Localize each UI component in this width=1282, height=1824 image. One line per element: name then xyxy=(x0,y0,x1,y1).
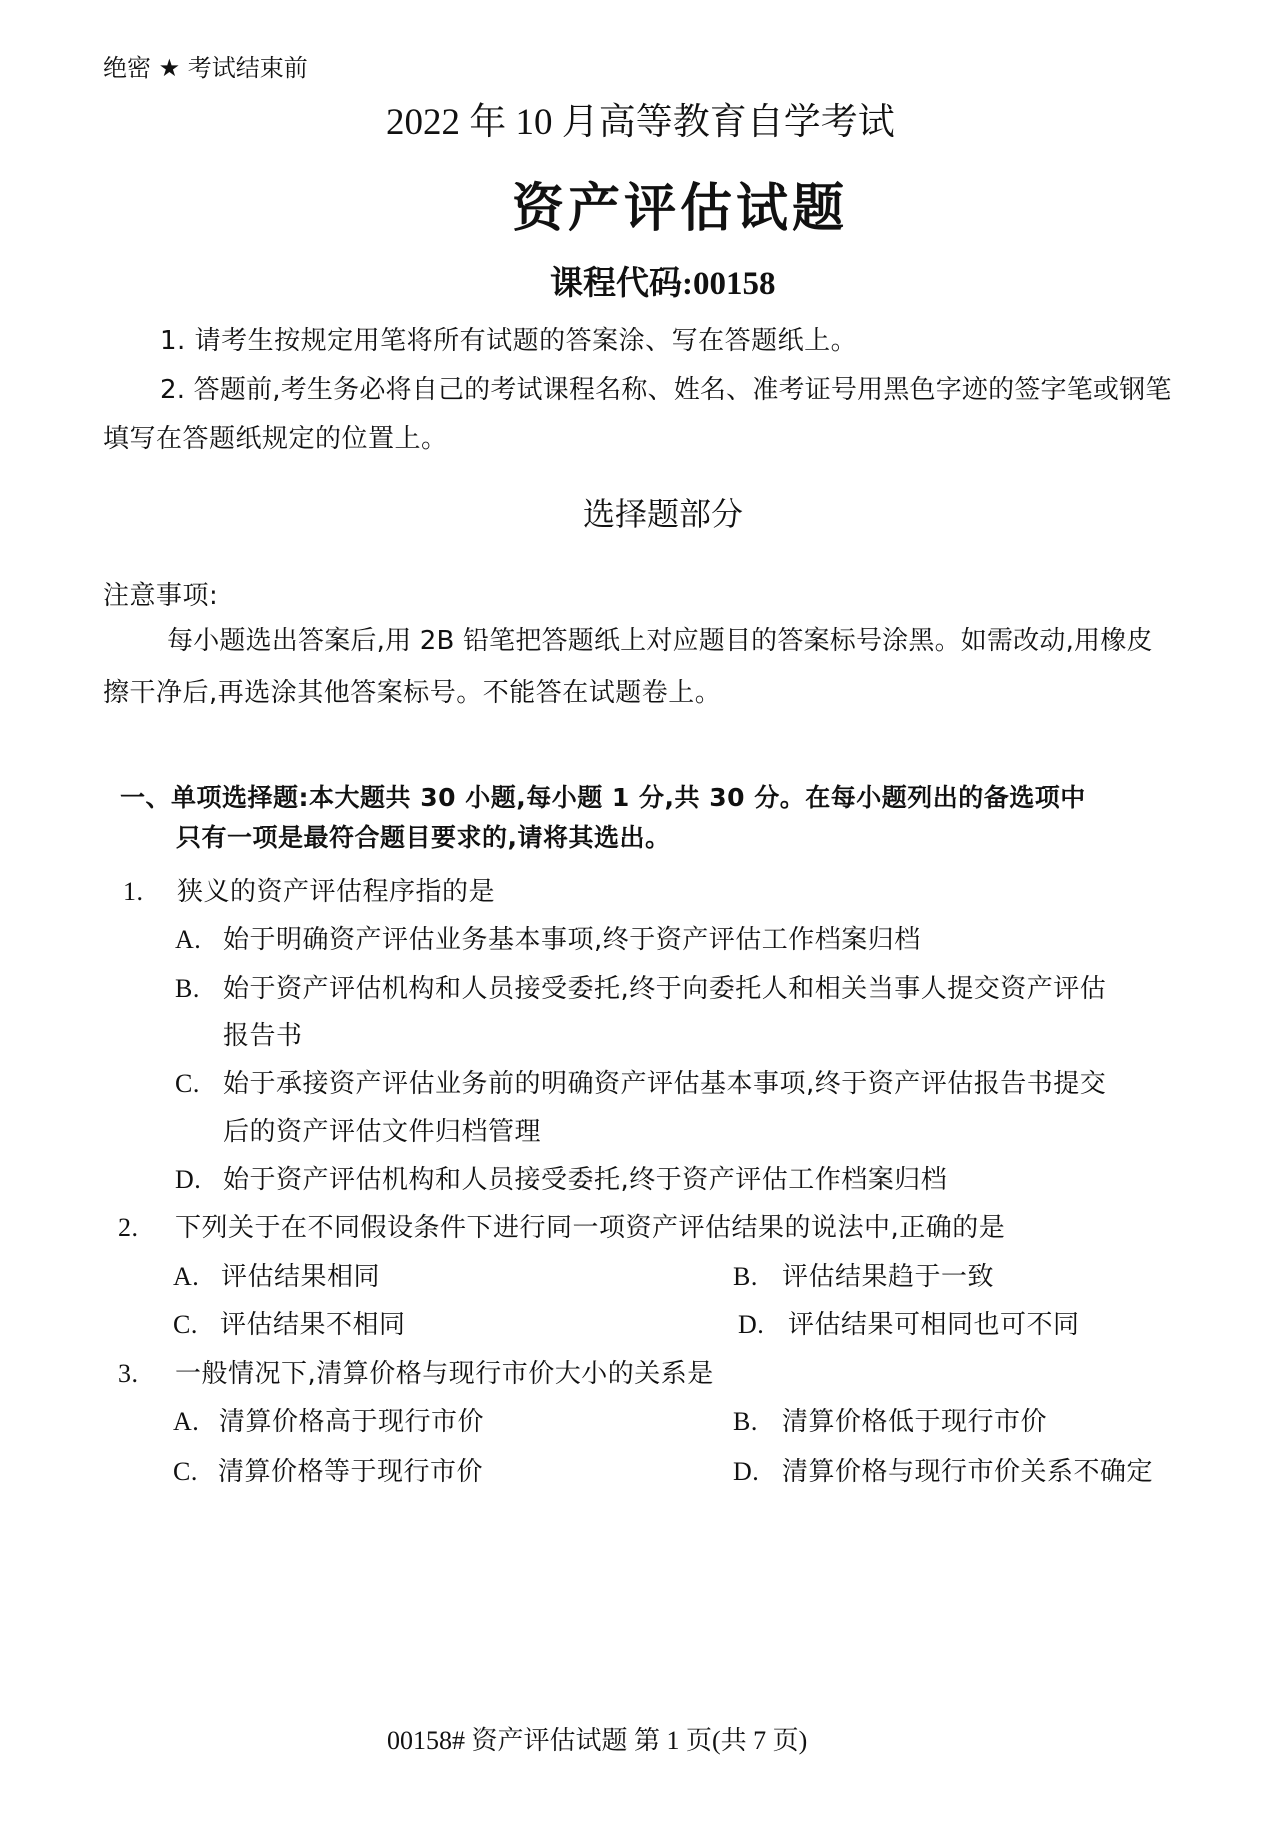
question-number: 1. xyxy=(123,879,144,905)
option-label: D. xyxy=(175,1167,201,1193)
section-one-heading: 一、单项选择题:本大题共 30 小题,每小题 1 分,共 30 分。在每小题列出… xyxy=(120,785,1086,810)
option-text: 始于资产评估机构和人员接受委托,终于资产评估工作档案归档 xyxy=(223,1167,947,1193)
instruction-1: 1. 请考生按规定用笔将所有试题的答案涂、写在答题纸上。 xyxy=(160,328,857,354)
option-text-cont: 报告书 xyxy=(223,1023,303,1049)
option-text: 评估结果趋于一致 xyxy=(782,1264,994,1290)
option-text: 评估结果不相同 xyxy=(220,1312,406,1338)
option-text: 评估结果可相同也可不同 xyxy=(788,1312,1080,1338)
confidential-label: 绝密 ★ 考试结束前 xyxy=(103,56,308,80)
page-footer: 00158# 资产评估试题 第 1 页(共 7 页) xyxy=(387,1728,807,1754)
section-part-title: 选择题部分 xyxy=(583,498,743,530)
option-label: C. xyxy=(173,1312,198,1338)
option-text: 始于资产评估机构和人员接受委托,终于向委托人和相关当事人提交资产评估 xyxy=(223,976,1106,1002)
option-text-cont: 后的资产评估文件归档管理 xyxy=(223,1119,541,1145)
option-label: A. xyxy=(175,927,201,953)
option-label: D. xyxy=(733,1459,759,1485)
instruction-2-cont: 填写在答题纸规定的位置上。 xyxy=(103,426,448,452)
notes-line-2: 擦干净后,再选涂其他答案标号。不能答在试题卷上。 xyxy=(103,680,721,706)
option-text: 清算价格与现行市价关系不确定 xyxy=(782,1459,1153,1485)
option-text: 始于明确资产评估业务基本事项,终于资产评估工作档案归档 xyxy=(223,927,921,953)
section-one-heading-cont: 只有一项是最符合题目要求的,请将其选出。 xyxy=(176,825,671,850)
option-text: 清算价格高于现行市价 xyxy=(219,1409,484,1435)
option-text: 评估结果相同 xyxy=(221,1264,380,1290)
option-label: B. xyxy=(733,1409,758,1435)
paper-title: 资产评估试题 xyxy=(512,183,848,235)
course-code: 课程代码:00158 xyxy=(550,268,776,301)
question-number: 2. xyxy=(118,1215,139,1241)
question-stem: 狭义的资产评估程序指的是 xyxy=(177,879,495,905)
option-label: A. xyxy=(173,1264,199,1290)
option-label: A. xyxy=(173,1409,199,1435)
question-number: 3. xyxy=(118,1361,139,1387)
option-label: C. xyxy=(175,1071,200,1097)
notes-title: 注意事项: xyxy=(103,583,218,609)
option-label: B. xyxy=(175,976,200,1002)
option-text: 清算价格等于现行市价 xyxy=(218,1459,483,1485)
notes-line-1: 每小题选出答案后,用 2B 铅笔把答题纸上对应题目的答案标号涂黑。如需改动,用橡… xyxy=(167,628,1153,654)
question-stem: 一般情况下,清算价格与现行市价大小的关系是 xyxy=(175,1361,714,1387)
option-label: B. xyxy=(733,1264,758,1290)
option-label: C. xyxy=(173,1459,198,1485)
instruction-2: 2. 答题前,考生务必将自己的考试课程名称、姓名、准考证号用黑色字迹的签字笔或钢… xyxy=(160,377,1172,403)
option-text: 清算价格低于现行市价 xyxy=(782,1409,1047,1435)
option-label: D. xyxy=(738,1312,764,1338)
question-stem: 下列关于在不同假设条件下进行同一项资产评估结果的说法中,正确的是 xyxy=(175,1215,1005,1241)
exam-title: 2022 年 10 月高等教育自学考试 xyxy=(386,104,895,141)
option-text: 始于承接资产评估业务前的明确资产评估基本事项,终于资产评估报告书提交 xyxy=(223,1071,1106,1097)
